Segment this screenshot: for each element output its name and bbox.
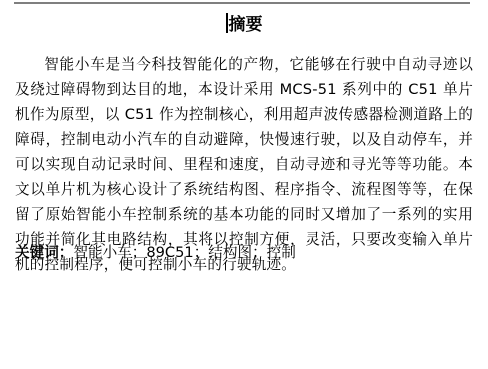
keywords-line[interactable]: 关键词：智能小车；89C51；结构图；控制 bbox=[15, 243, 473, 263]
abstract-title: 摘要 bbox=[229, 15, 263, 35]
document-page: 摘要 智能小车是当今科技智能化的产物，它能够在行驶中自动寻迹以及绕过障碍物到达目… bbox=[0, 0, 488, 369]
text-cursor-caret bbox=[226, 13, 228, 33]
keywords-label: 关键词： bbox=[15, 244, 73, 261]
header-rule bbox=[14, 2, 470, 4]
keywords-text: 智能小车；89C51；结构图；控制 bbox=[73, 244, 295, 261]
abstract-title-row[interactable]: 摘要 bbox=[0, 13, 488, 36]
